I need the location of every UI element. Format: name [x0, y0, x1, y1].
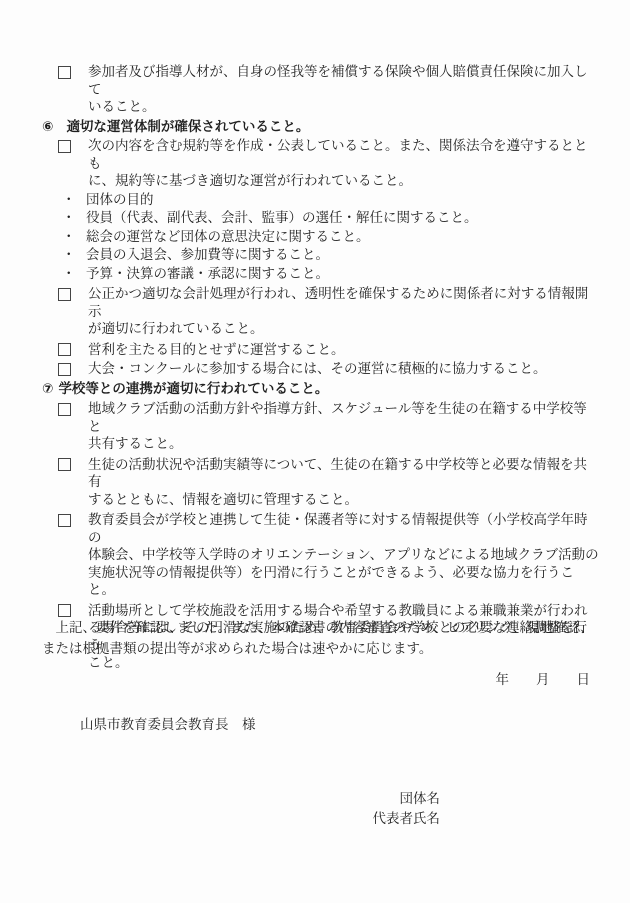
checklist-item-text: 営利を主たる目的とせずに運営すること。	[88, 342, 345, 357]
bullet-icon: ・	[62, 191, 76, 209]
section-7-number: ⑦	[42, 381, 53, 396]
checklist-item-text: 公正かつ適切な会計処理が行われ、透明性を確保するために関係者に対する情報開示 が…	[88, 286, 588, 336]
list-item: ・ 会員の入退会、参加費等に関すること。	[42, 246, 600, 264]
list-item-text: 団体の目的	[86, 192, 154, 207]
checklist-item-rules: 次の内容を含む規約等を作成・公表していること。また、関係法令を遵守するととも に…	[42, 137, 600, 190]
signature-block: 団体名 代表者氏名	[373, 789, 441, 829]
closing-statement: 上記、要件を確認しました。また、本確認書の内容審査のため、ヒアリング、現地確認、…	[42, 617, 600, 659]
checklist-item-competition: 大会・コンクールに参加する場合には、その運営に積極的に協力すること。	[42, 360, 600, 378]
checklist-item-text: 参加者及び指導人材が、自身の怪我等を補償する保険や個人賠償責任保険に加入して い…	[88, 64, 588, 114]
checkbox-icon[interactable]	[58, 66, 71, 79]
checklist-item-share-policy: 地域クラブ活動の活動方針や指導方針、スケジュール等を生徒の在籍する中学校等と 共…	[42, 400, 600, 453]
bullet-icon: ・	[62, 265, 76, 283]
checklist-item-text: 地域クラブ活動の活動方針や指導方針、スケジュール等を生徒の在籍する中学校等と 共…	[88, 401, 587, 451]
checkbox-icon[interactable]	[58, 343, 71, 356]
checklist-item-board-cooperation: 教育委員会が学校と連携して生徒・保護者等に対する情報提供等（小学校高学年時の 体…	[42, 511, 600, 599]
representative-name-label: 代表者氏名	[373, 809, 441, 829]
checklist-item-insurance: 参加者及び指導人材が、自身の怪我等を補償する保険や個人賠償責任保険に加入して い…	[42, 63, 600, 116]
checklist-section: 参加者及び指導人材が、自身の怪我等を補償する保険や個人賠償責任保険に加入して い…	[42, 61, 600, 672]
checklist-item-share-info: 生徒の活動状況や活動実績等について、生徒の在籍する中学校等と必要な情報を共有 す…	[42, 456, 600, 509]
list-item-text: 総会の運営など団体の意思決定に関すること。	[86, 229, 370, 244]
list-item-text: 予算・決算の審議・承認に関すること。	[86, 266, 329, 281]
checkbox-icon[interactable]	[58, 458, 71, 471]
checklist-item-nonprofit: 営利を主たる目的とせずに運営すること。	[42, 341, 600, 359]
checkbox-icon[interactable]	[58, 403, 71, 416]
group-name-label: 団体名	[373, 789, 441, 809]
checklist-item-text: 大会・コンクールに参加する場合には、その運営に積極的に協力すること。	[88, 361, 546, 376]
addressee-line: 山県市教育委員会教育長 様	[80, 716, 256, 734]
bullet-icon: ・	[62, 228, 76, 246]
date-line: 年 月 日	[496, 671, 591, 689]
section-6-title: 適切な運営体制が確保されていること。	[66, 119, 309, 134]
section-7-heading: ⑦学校等との連携が適切に行われていること。	[42, 380, 600, 398]
section-7-title: 学校等との連携が適切に行われていること。	[58, 381, 328, 396]
section-6-heading: ⑥適切な運営体制が確保されていること。	[42, 118, 600, 136]
checkbox-icon[interactable]	[58, 140, 71, 153]
checklist-item-text: 生徒の活動状況や活動実績等について、生徒の在籍する中学校等と必要な情報を共有 す…	[88, 457, 587, 507]
list-item: ・ 予算・決算の審議・承認に関すること。	[42, 265, 600, 283]
checkbox-icon[interactable]	[58, 514, 71, 527]
bullet-icon: ・	[62, 246, 76, 264]
checkbox-icon[interactable]	[58, 363, 71, 376]
list-item-text: 役員（代表、副代表、会計、監事）の選任・解任に関すること。	[86, 210, 478, 225]
section-6-number: ⑥	[42, 119, 53, 134]
list-item-text: 会員の入退会、参加費等に関すること。	[86, 247, 329, 262]
bullet-icon: ・	[62, 209, 76, 227]
document-page: 参加者及び指導人材が、自身の怪我等を補償する保険や個人賠償責任保険に加入して い…	[0, 0, 630, 903]
list-item: ・ 団体の目的	[42, 191, 600, 209]
list-item: ・ 役員（代表、副代表、会計、監事）の選任・解任に関すること。	[42, 209, 600, 227]
checkbox-icon[interactable]	[58, 604, 71, 617]
checkbox-icon[interactable]	[58, 288, 71, 301]
checklist-item-accounting: 公正かつ適切な会計処理が行われ、透明性を確保するために関係者に対する情報開示 が…	[42, 285, 600, 338]
list-item: ・ 総会の運営など団体の意思決定に関すること。	[42, 228, 600, 246]
checklist-item-text: 教育委員会が学校と連携して生徒・保護者等に対する情報提供等（小学校高学年時の 体…	[88, 512, 599, 597]
checklist-item-text: 次の内容を含む規約等を作成・公表していること。また、関係法令を遵守するととも に…	[88, 138, 588, 188]
